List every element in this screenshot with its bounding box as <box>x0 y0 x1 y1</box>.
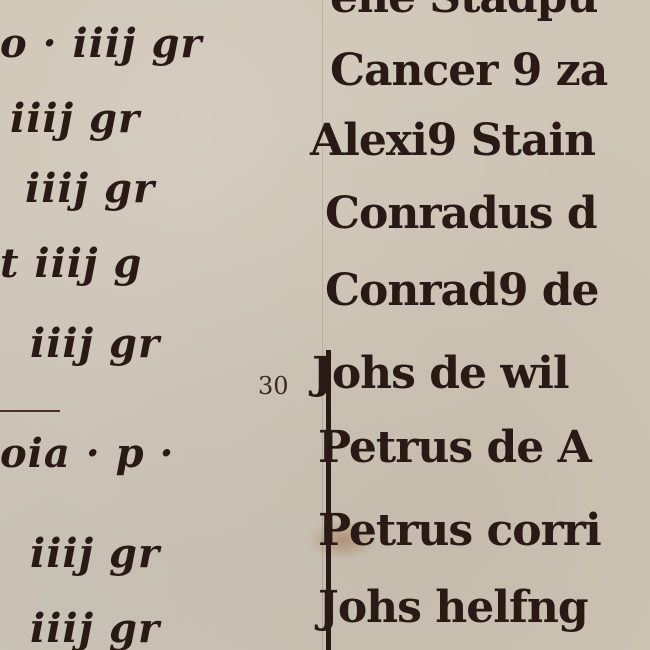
right-entry: Conrad9 de <box>325 265 599 316</box>
left-entry: iiij gr <box>30 530 160 577</box>
right-entry: Petrus corri <box>318 505 601 556</box>
left-entry: t iiij g <box>0 240 142 287</box>
left-entry: o · iiij gr <box>0 20 202 67</box>
left-entry: iiij gr <box>25 165 155 212</box>
right-entry: Alexi9 Stain <box>310 115 595 166</box>
rule-stroke <box>0 410 60 412</box>
left-entry: iiij gr <box>30 605 160 650</box>
right-entry: Johs helfng <box>318 582 588 633</box>
left-entry: iiij gr <box>30 320 160 367</box>
right-entry: ene Stadpu <box>330 0 597 23</box>
left-entry: oia · p · <box>0 430 174 477</box>
right-entry: Johs de wil <box>312 348 569 399</box>
left-entry: iiij gr <box>10 95 140 142</box>
right-entry: Cancer 9 za <box>330 45 607 96</box>
right-entry: Petrus de A <box>318 422 591 473</box>
right-entry: Conradus d <box>325 188 597 239</box>
marginal-number: 30 <box>258 372 289 400</box>
